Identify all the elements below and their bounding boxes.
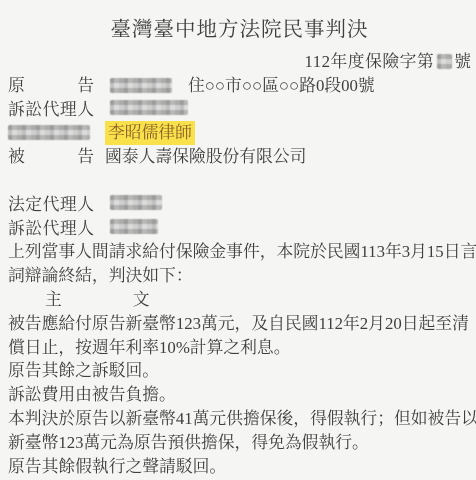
defendant-agent-content xyxy=(105,219,158,234)
second-agent-label-area xyxy=(8,121,94,145)
plaintiff-content: 住○○市○○區○○路0段00號 xyxy=(105,74,375,98)
holding-line-6: 新臺幣123萬元為原告預供擔保，得免為假執行。 xyxy=(8,431,471,455)
party-row-plaintiff: 原告 住○○市○○區○○路0段00號 xyxy=(8,74,471,98)
preamble-line-1: 上列當事人間請求給付保險金事件，本院於民國113年3月15日言 xyxy=(8,240,471,264)
party-row-defendant: 被告 國泰人壽保險股份有限公司 xyxy=(8,145,471,169)
defendant-label: 被告 xyxy=(8,145,94,169)
preamble-line-2: 詞辯論終結，判決如下： xyxy=(8,264,471,288)
holding-line-1: 被告應給付原告新臺幣123萬元，及自民國112年2月20日起至清 xyxy=(8,312,471,336)
plaintiff-name-redaction xyxy=(110,78,172,93)
defendant-content: 國泰人壽保險股份有限公司 xyxy=(105,145,306,169)
defendant-name: 國泰人壽保險股份有限公司 xyxy=(105,145,306,169)
highlighted-agent-name: 李昭儒律師 xyxy=(105,121,195,145)
party-row-defendant-agent: 訴訟代理人 xyxy=(8,217,471,241)
party-row-highlighted-agent: 李昭儒律師 xyxy=(8,121,471,145)
blank-line xyxy=(8,169,471,193)
defendant-agent-label: 訴訟代理人 xyxy=(8,217,94,241)
holding-line-5: 本判決於原告以新臺幣41萬元供擔保後，得假執行；但如被告以 xyxy=(8,407,471,431)
case-number-suffix: 號 xyxy=(454,50,471,74)
holding-line-4: 訴訟費用由被告負擔。 xyxy=(8,383,471,407)
legal-rep-name-redaction xyxy=(110,195,162,210)
legal-rep-label: 法定代理人 xyxy=(8,193,94,217)
judgment-document: 臺灣臺中地方法院民事判決 112年度保險字第 號 原告 住○○市○○區○○路0段… xyxy=(0,0,476,478)
case-number-redaction xyxy=(437,54,452,69)
second-agent-label-redaction xyxy=(8,125,90,140)
plaintiff-agent-name-redaction xyxy=(110,100,188,115)
document-title: 臺灣臺中地方法院民事判決 xyxy=(8,16,471,44)
plaintiff-agent-content xyxy=(105,100,188,115)
legal-rep-content xyxy=(105,195,162,210)
plaintiff-address: 住○○市○○區○○路0段00號 xyxy=(188,74,375,98)
main-text-heading: 主文 xyxy=(8,288,471,312)
defendant-agent-name-redaction xyxy=(110,219,158,234)
holding-line-3: 原告其餘之訴駁回。 xyxy=(8,359,471,383)
case-number-line: 112年度保險字第 號 xyxy=(8,50,471,74)
holding-line-7: 原告其餘假執行之聲請駁回。 xyxy=(8,455,471,479)
plaintiff-label: 原告 xyxy=(8,74,94,98)
highlighted-agent-content: 李昭儒律師 xyxy=(105,121,195,145)
party-row-legal-rep: 法定代理人 xyxy=(8,193,471,217)
plaintiff-agent-label: 訴訟代理人 xyxy=(8,98,94,122)
case-number-prefix: 112年度保險字第 xyxy=(304,50,434,74)
holding-line-2: 償日止，按週年利率10%計算之利息。 xyxy=(8,336,471,360)
party-row-plaintiff-agent: 訴訟代理人 xyxy=(8,98,471,122)
